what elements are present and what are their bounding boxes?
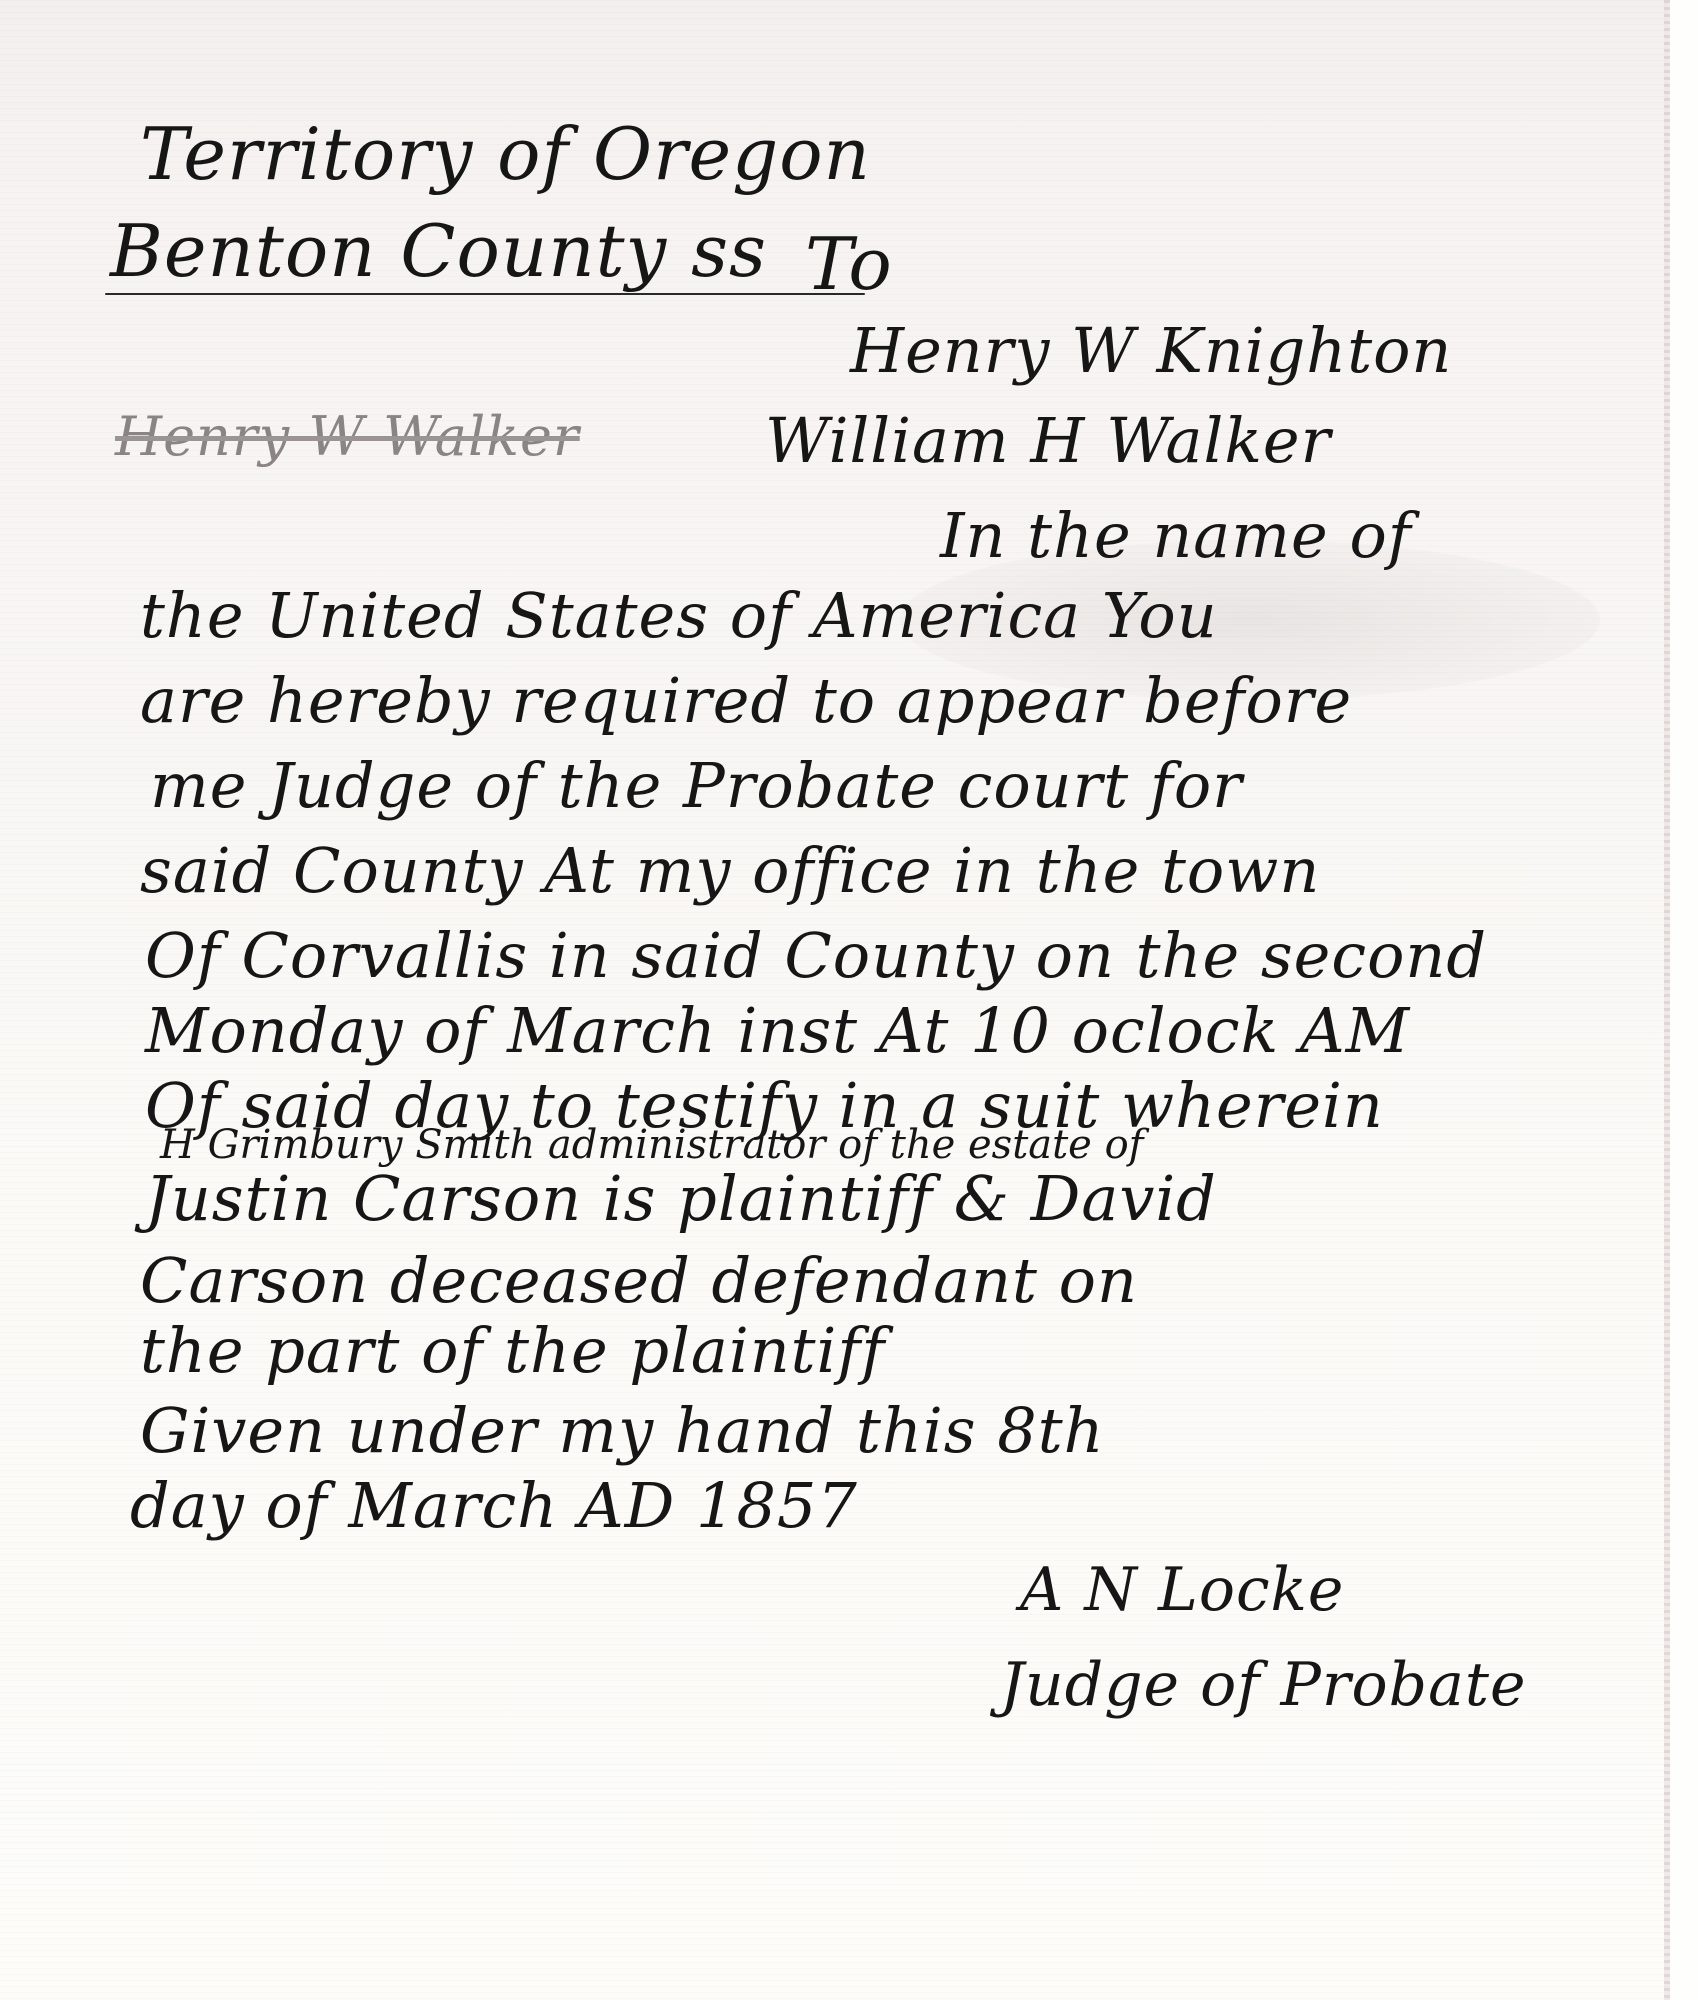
body-line-2: the United States of America You — [140, 585, 1218, 647]
body-line-11: the part of the plaintiff — [140, 1320, 885, 1382]
dating-line-2: day of March AD 1857 — [130, 1475, 858, 1537]
dating-line-1: Given under my hand this 8th — [140, 1400, 1105, 1462]
signature-name: A N Locke — [1020, 1560, 1344, 1620]
heading-county: Benton County ss — [110, 215, 767, 287]
body-line-7: Monday of March inst At 10 oclock AM — [145, 1000, 1410, 1062]
scan-margin — [1670, 0, 1698, 2000]
body-line-10: Carson deceased defendant on — [140, 1250, 1138, 1312]
heading-territory: Territory of Oregon — [140, 118, 871, 190]
addressee-prefix: To — [805, 228, 893, 300]
body-line-4: me Judge of the Probate court for — [150, 755, 1243, 817]
body-line-3: are hereby required to appear before — [140, 670, 1352, 732]
struck-witness-name: Henry W Walker — [115, 410, 580, 464]
body-line-interlined: H Grimbury Smith administrator of the es… — [160, 1125, 1143, 1165]
body-line-9: Justin Carson is plaintiff & David — [145, 1168, 1217, 1230]
body-line-5: said County At my office in the town — [140, 840, 1320, 902]
body-line-6: Of Corvallis in said County on the secon… — [145, 925, 1487, 987]
witness-name-2: William H Walker — [765, 410, 1331, 472]
witness-name-1: Henry W Knighton — [850, 320, 1452, 382]
body-line-1: In the name of — [940, 505, 1412, 567]
signature-title: Judge of Probate — [1000, 1655, 1526, 1715]
heading-underline — [105, 293, 865, 295]
